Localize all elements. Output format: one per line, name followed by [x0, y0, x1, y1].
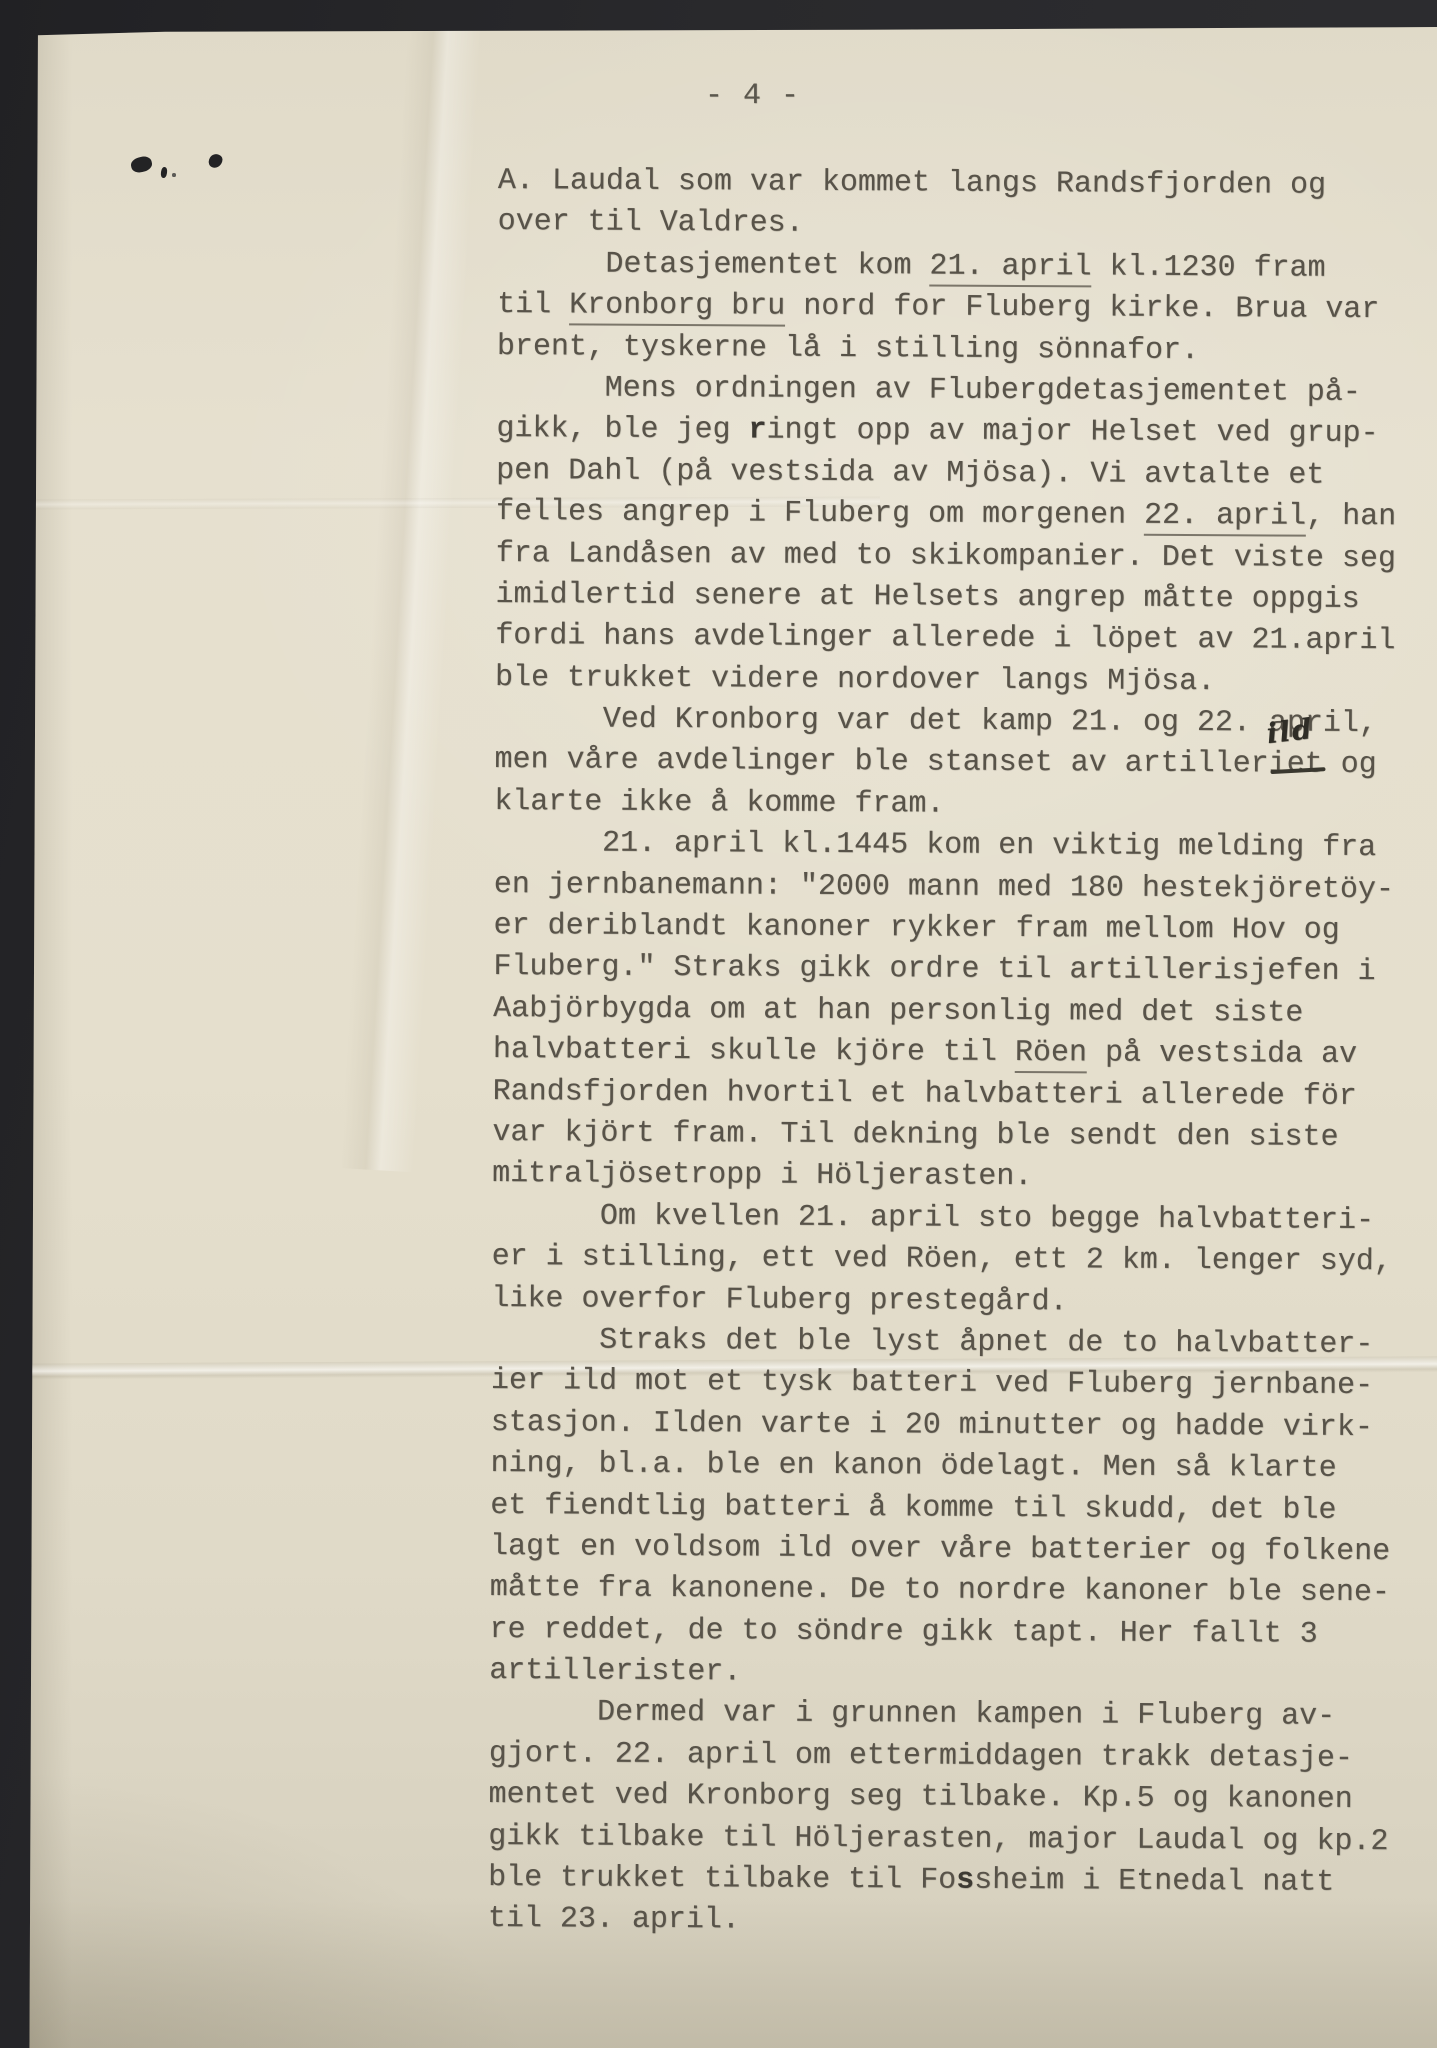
- document-line: brent, tyskerne lå i stilling sönnafor.: [497, 327, 1397, 374]
- underlined-text: 22. april: [1144, 499, 1306, 537]
- document-line: like overfor Fluberg prestegård.: [491, 1279, 1391, 1326]
- document-line: fra Landåsen av med to skikompanier. Det…: [496, 534, 1396, 581]
- document-line: artillerister.: [489, 1651, 1389, 1698]
- underlined-text: 21. april: [929, 249, 1091, 287]
- document-line: pen Dahl (på vestsida av Mjösa). Vi avta…: [496, 451, 1396, 498]
- document-line: fordi hans avdelinger allerede i löpet a…: [495, 616, 1395, 663]
- document-line: klarte ikke å komme fram.: [494, 782, 1394, 829]
- text-segment: Ved Kronborg var det kamp 21. og 22. apr…: [495, 702, 1377, 741]
- handwritten-correction: ild: [1265, 715, 1315, 748]
- text-segment: gikk, ble jeg: [496, 412, 748, 447]
- document-line: gikk tilbake til Höljerasten, major Laud…: [488, 1817, 1388, 1864]
- document-page: - 4 - A. Laudal som var kommet langs Ran…: [0, 0, 1437, 2048]
- document-line: mitraljösetropp i Höljerasten.: [492, 1154, 1392, 1201]
- text-segment: like overfor Fluberg prestegård.: [491, 1282, 1067, 1319]
- archive-photo-background: - 4 - A. Laudal som var kommet langs Ran…: [0, 0, 1437, 2048]
- document-line: stasjon. Ilden varte i 20 minutter og ha…: [491, 1403, 1391, 1450]
- text-segment: er deriblandt kanoner rykker fram mellom…: [493, 909, 1339, 948]
- text-segment: mitraljösetropp i Höljerasten.: [492, 1157, 1032, 1194]
- text-segment: re reddet, de to söndre gikk tapt. Her f…: [489, 1613, 1317, 1652]
- underlined-text: Kronborg bru: [569, 289, 785, 327]
- document-line: re reddet, de to söndre gikk tapt. Her f…: [489, 1610, 1389, 1657]
- document-line: gikk, ble jeg ringt opp av major Helset …: [496, 409, 1396, 456]
- text-segment: ier ild mot et tysk batteri ved Fluberg …: [491, 1364, 1373, 1403]
- text-segment: Mens ordningen av Flubergdetasjementet p…: [497, 371, 1361, 410]
- document-line: et fiendtlig batteri å komme til skudd, …: [490, 1485, 1390, 1532]
- text-segment: gikk tilbake til Höljerasten, major Laud…: [488, 1820, 1388, 1859]
- document-line: mentet ved Kronborg seg tilbake. Kp.5 og…: [488, 1775, 1388, 1822]
- text-segment: ble trukket videre nordover langs Mjösa.: [495, 661, 1215, 699]
- text-segment: er i stilling, ett ved Röen, ett 2 km. l…: [492, 1240, 1392, 1279]
- text-segment: 21. april kl.1445 kom en viktig melding …: [494, 826, 1376, 865]
- ink-speck: [160, 167, 167, 179]
- paper-fold-vertical: [340, 20, 482, 1172]
- text-segment: brent, tyskerne lå i stilling sönnafor.: [497, 330, 1199, 368]
- document-line: halvbatteri skulle kjöre til Röen på ves…: [493, 1030, 1393, 1077]
- document-line: måtte fra kanonene. De to nordre kanoner…: [490, 1568, 1390, 1615]
- text-segment: til: [497, 288, 569, 322]
- text-segment: Detasjementet kom: [497, 247, 929, 283]
- text-segment: fra Landåsen av med to skikompanier. Det…: [496, 537, 1396, 576]
- document-line: Aabjörbygda om at han personlig med det …: [493, 989, 1393, 1036]
- text-segment: var kjört fram. Til dekning ble sendt de…: [492, 1116, 1338, 1155]
- text-segment: artillerister.: [489, 1654, 741, 1689]
- overtyped-text: s: [956, 1864, 974, 1898]
- text-segment: Dermed var i grunnen kampen i Fluberg av…: [489, 1695, 1335, 1734]
- document-line: er deriblandt kanoner rykker fram mellom…: [493, 906, 1393, 953]
- document-line: Dermed var i grunnen kampen i Fluberg av…: [489, 1692, 1389, 1739]
- document-line: var kjört fram. Til dekning ble sendt de…: [492, 1113, 1392, 1160]
- overtyped-text: r: [748, 414, 766, 448]
- page-number: - 4 -: [705, 76, 800, 117]
- document-line: til Kronborg bru nord for Fluberg kirke.…: [497, 285, 1397, 332]
- typewritten-text: A. Laudal som var kommet langs Randsfjor…: [488, 161, 1398, 1946]
- document-line: men våre avdelinger ble stanset av artil…: [494, 740, 1394, 787]
- text-segment: lagt en voldsom ild over våre batterier …: [490, 1530, 1390, 1569]
- document-line: Randsfjorden hvortil et halvbatteri alle…: [493, 1072, 1393, 1119]
- document-line: er i stilling, ett ved Röen, ett 2 km. l…: [492, 1237, 1392, 1284]
- struck-text: tild: [1305, 745, 1323, 787]
- document-line: over til Valdres.: [498, 202, 1398, 249]
- document-line: lagt en voldsom ild over våre batterier …: [490, 1527, 1390, 1574]
- text-segment: måtte fra kanonene. De to nordre kanoner…: [490, 1571, 1390, 1610]
- document-line: ier ild mot et tysk batteri ved Fluberg …: [491, 1361, 1391, 1408]
- document-line: Straks det ble lyst åpnet de to halvbatt…: [491, 1320, 1391, 1367]
- text-segment: pen Dahl (på vestsida av Mjösa). Vi avta…: [496, 454, 1324, 493]
- text-segment: gjort. 22. april om ettermiddagen trakk …: [489, 1737, 1353, 1776]
- document-line: A. Laudal som var kommet langs Randsfjor…: [498, 161, 1398, 208]
- document-line: Detasjementet kom 21. april kl.1230 fram: [497, 244, 1397, 291]
- text-segment: Fluberg." Straks gikk ordre til artiller…: [493, 950, 1375, 989]
- text-segment: nord for Fluberg kirke. Brua var: [785, 290, 1379, 327]
- text-segment: mentet ved Kronborg seg tilbake. Kp.5 og…: [488, 1778, 1352, 1817]
- text-segment: klarte ikke å komme fram.: [494, 785, 944, 822]
- document-line: felles angrep i Fluberg om morgenen 22. …: [496, 492, 1396, 539]
- document-line: imidlertid senere at Helsets angrep mått…: [495, 575, 1395, 622]
- text-segment: sheim i Etnedal natt: [974, 1864, 1334, 1900]
- ink-speck: [129, 155, 153, 175]
- text-segment: ning, bl.a. ble en kanon ödelagt. Men så…: [490, 1447, 1336, 1486]
- text-segment: Om kvellen 21. april sto begge halvbatte…: [492, 1199, 1374, 1238]
- document-line: Fluberg." Straks gikk ordre til artiller…: [493, 947, 1393, 994]
- text-segment: Aabjörbygda om at han personlig med det …: [493, 992, 1303, 1031]
- text-segment: ble trukket tilbake til Fo: [488, 1861, 956, 1898]
- text-segment: fordi hans avdelinger allerede i löpet a…: [495, 619, 1395, 658]
- document-line: Mens ordningen av Flubergdetasjementet p…: [497, 368, 1397, 415]
- text-segment: A. Laudal som var kommet langs Randsfjor…: [498, 164, 1326, 203]
- text-segment: en jernbanemann: "2000 mann med 180 hest…: [494, 868, 1394, 907]
- text-segment: imidlertid senere at Helsets angrep mått…: [495, 578, 1359, 617]
- text-segment: kl.1230 fram: [1091, 250, 1325, 285]
- text-segment: halvbatteri skulle kjöre til: [493, 1033, 1015, 1070]
- text-segment: Randsfjorden hvortil et halvbatteri alle…: [493, 1075, 1357, 1114]
- text-segment: , han: [1306, 500, 1396, 535]
- text-segment: Straks det ble lyst åpnet de to halvbatt…: [491, 1323, 1373, 1362]
- document-line: ning, bl.a. ble en kanon ödelagt. Men så…: [490, 1444, 1390, 1491]
- text-segment: felles angrep i Fluberg om morgenen: [496, 495, 1144, 533]
- text-segment: et fiendtlig batteri å komme til skudd, …: [490, 1488, 1336, 1527]
- text-segment: stasjon. Ilden varte i 20 minutter og ha…: [491, 1406, 1373, 1445]
- text-segment: ingt opp av major Helset ved grup-: [766, 414, 1378, 452]
- document-line: 21. april kl.1445 kom en viktig melding …: [494, 823, 1394, 870]
- document-line: gjort. 22. april om ettermiddagen trakk …: [489, 1734, 1389, 1781]
- underlined-text: Röen: [1015, 1036, 1087, 1073]
- document-line: en jernbanemann: "2000 mann med 180 hest…: [494, 865, 1394, 912]
- ink-speck: [172, 173, 176, 177]
- ink-speck: [207, 152, 224, 170]
- text-segment: over til Valdres.: [498, 205, 804, 241]
- document-line: ble trukket tilbake til Fossheim i Etned…: [488, 1858, 1388, 1905]
- document-line: til 23. april.: [488, 1899, 1388, 1946]
- document-line: Ved Kronborg var det kamp 21. og 22. apr…: [495, 699, 1395, 746]
- document-line: Om kvellen 21. april sto begge halvbatte…: [492, 1196, 1392, 1243]
- text-segment: men våre avdelinger ble stanset av artil…: [494, 743, 1304, 782]
- text-segment: til 23. april.: [488, 1902, 740, 1937]
- text-segment: på vestsida av: [1087, 1037, 1357, 1073]
- text-segment: og: [1323, 748, 1377, 782]
- document-line: ble trukket videre nordover langs Mjösa.: [495, 658, 1395, 705]
